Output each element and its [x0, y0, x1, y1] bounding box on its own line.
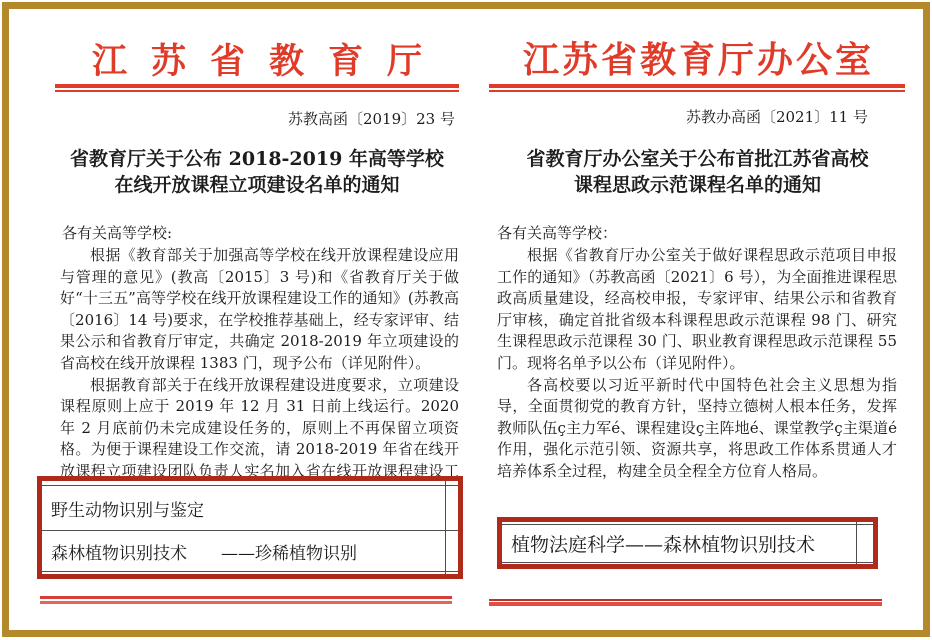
right-doc-body: 根据《省教育厅办公室关于做好课程思政示范项目申报工作的通知》（苏教高函〔2021…: [497, 245, 897, 483]
left-course-name-2: 森林植物识别技术 ——珍稀植物识别: [51, 539, 357, 564]
left-doc-red-header: 江苏省教育厅: [55, 34, 459, 84]
left-highlight-table: 野生动物识别与鉴定 森林植物识别技术 ——珍稀植物识别: [42, 485, 458, 572]
left-highlight-annotation-box: 野生动物识别与鉴定 森林植物识别技术 ——珍稀植物识别: [37, 476, 463, 579]
right-table-column-border: [856, 522, 857, 564]
left-doc-title-line2: 在线开放课程立项建设名单的通知: [55, 173, 459, 198]
right-doc-number: 苏教办高函〔2021〕11 号: [490, 106, 868, 127]
left-table-column-border: [445, 481, 446, 574]
left-doc-footer-rule: [40, 596, 452, 599]
left-course-name-1: 野生动物识别与鉴定: [51, 496, 204, 521]
right-doc-salutation: 各有关高等学校：: [497, 222, 617, 243]
table-row: 野生动物识别与鉴定: [42, 485, 458, 530]
right-doc-title-line2: 课程思政示范课程名单的通知: [490, 173, 905, 198]
right-highlight-table: 植物法庭科学——森林植物识别技术: [502, 524, 873, 563]
right-doc-footer-rule: [489, 599, 882, 601]
scanned-documents-page: 江苏省教育厅 苏教高函〔2019〕23 号 省教育厅关于公布 2018-2019…: [0, 0, 932, 640]
left-doc-body: 根据《教育部关于加强高等学校在线开放课程建设应用与管理的意见》(教高〔2015〕…: [60, 245, 459, 504]
right-doc-title-line1: 省教育厅办公室关于公布首批江苏省高校: [490, 147, 905, 172]
left-doc-title-line1: 省教育厅关于公布 2018-2019 年高等学校: [55, 147, 459, 172]
left-doc-number: 苏教高函〔2019〕23 号: [55, 108, 455, 129]
right-doc-header-rule: [489, 84, 905, 88]
left-doc-header-rule: [55, 84, 459, 88]
right-course-name: 植物法庭科学——森林植物识别技术: [511, 530, 815, 557]
right-highlight-annotation-box: 植物法庭科学——森林植物识别技术: [497, 517, 878, 569]
table-row: 森林植物识别技术 ——珍稀植物识别: [42, 530, 458, 572]
right-doc-red-header: 江苏省教育厅办公室: [489, 32, 905, 83]
right-doc-paragraph-1: 根据《省教育厅办公室关于做好课程思政示范项目申报工作的通知》（苏教高函〔2021…: [497, 245, 897, 375]
table-row: 植物法庭科学——森林植物识别技术: [502, 524, 873, 563]
left-doc-salutation: 各有关高等学校:: [62, 222, 172, 243]
left-doc-paragraph-1: 根据《教育部关于加强高等学校在线开放课程建设应用与管理的意见》(教高〔2015〕…: [60, 245, 459, 375]
right-doc-paragraph-2: 各高校要以习近平新时代中国特色社会主义思想为指导，全面贯彻党的教育方针，坚持立德…: [497, 375, 897, 483]
